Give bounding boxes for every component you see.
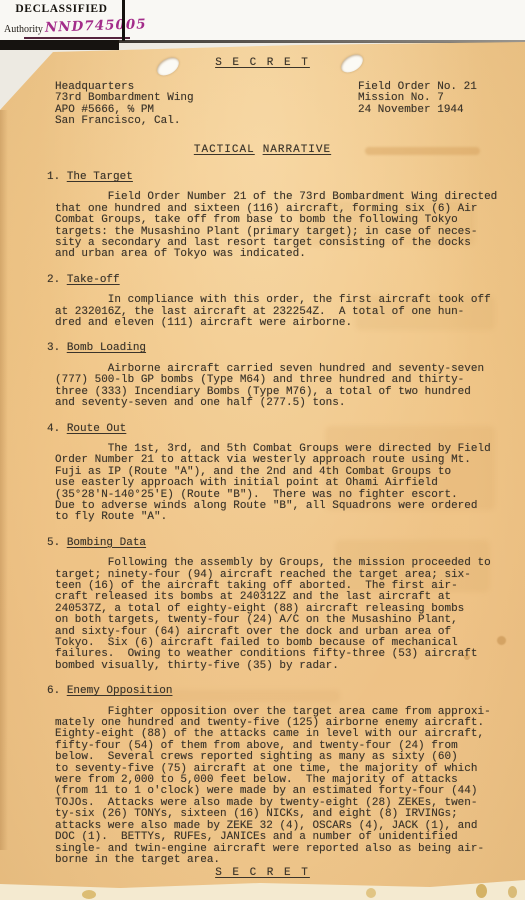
section-number: 5. [47,537,60,549]
section-5-paragraph: Following the assembly by Groups, the mi… [55,558,525,672]
classification-banner-top: S E C R E T [0,58,525,69]
narrative-body: 1. The Target Field Order Number 21 of t… [0,172,525,880]
scanned-document-page: { "colors": { "paper": "#f0c688", "ink":… [0,0,525,900]
section-3-paragraph: Airborne aircraft carried seven hundred … [55,364,525,410]
letterhead-left: Headquarters 73rd Bombardment Wing APO #… [55,82,194,128]
title-word-2: NARRATIVE [263,144,331,156]
section-1-heading: 1. The Target [47,172,525,183]
section-2-heading: 2. Take-off [47,275,525,286]
secret-text-bottom: S E C R E T [215,867,310,879]
document-title: TACTICALNARRATIVE [0,145,525,156]
section-1-paragraph: Field Order Number 21 of the 73rd Bombar… [55,192,525,260]
section-3-heading: 3. Bomb Loading [47,343,525,354]
letterhead-right: Field Order No. 21 Mission No. 7 24 Nove… [358,82,477,116]
section-6-paragraph: Fighter opposition over the target area … [55,707,525,867]
section-6-heading: 6. Enemy Opposition [47,686,525,697]
section-title: Bombing Data [67,537,146,549]
classification-banner-bottom: S E C R E T [0,868,525,879]
section-5-heading: 5. Bombing Data [47,538,525,549]
section-4-paragraph: The 1st, 3rd, and 5th Combat Groups were… [55,444,525,524]
section-2-paragraph: In compliance with this order, the first… [55,295,525,329]
section-title: Take-off [67,274,120,286]
section-4-heading: 4. Route Out [47,424,525,435]
secret-text-top: S E C R E T [215,57,310,69]
section-title: Enemy Opposition [67,685,173,697]
document-content: S E C R E T Headquarters 73rd Bombardmen… [0,0,525,900]
section-number: 6. [47,685,60,697]
section-number: 3. [47,342,60,354]
title-word-1: TACTICAL [194,144,255,156]
section-number: 2. [47,274,60,286]
section-title: Route Out [67,423,126,435]
section-title: The Target [67,171,133,183]
section-title: Bomb Loading [67,342,146,354]
section-number: 1. [47,171,60,183]
section-number: 4. [47,423,60,435]
